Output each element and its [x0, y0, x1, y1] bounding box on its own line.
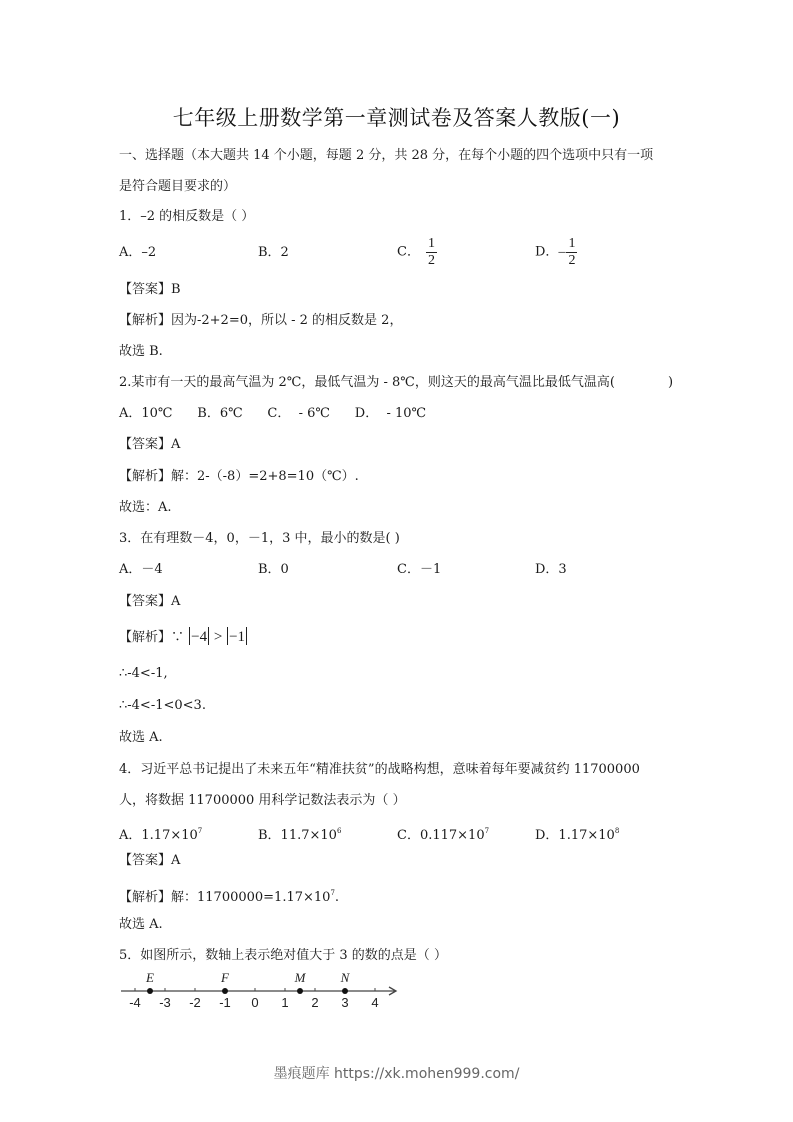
abs-left-value: −4 [191, 629, 207, 645]
tick-label: 3 [341, 995, 348, 1010]
point-label: N [340, 970, 351, 985]
point-f [222, 988, 228, 994]
q3-analysis: 【解析】∵ −4 > −1 [119, 627, 248, 647]
numerator: 1 [426, 236, 437, 253]
abs-bar [227, 627, 228, 645]
q2-analysis: 【解析】解：2-（-8）=2+8=10（℃）. [119, 468, 359, 486]
q3-option-b: B．0 [258, 561, 289, 579]
tick-label: -1 [219, 995, 231, 1010]
q1-option-b: B．2 [258, 244, 289, 262]
tick-label: -2 [189, 995, 201, 1010]
q3-step2: ∴-4<-1<0<3. [119, 697, 206, 715]
numerator: 1 [566, 236, 577, 253]
point-label: E [145, 970, 154, 985]
q4-option-c-base: C．0.117×10 [397, 828, 485, 843]
q3-option-d: D．3 [535, 561, 567, 579]
minus-sign: – [558, 245, 565, 260]
point-n [342, 988, 348, 994]
number-line-svg: -4-3-2-101234 EFMN [119, 968, 399, 1010]
q4-option-c: C．0.117×107 [397, 822, 489, 845]
point-label: F [220, 970, 230, 985]
fraction: 12 [426, 236, 437, 269]
q4-answer: 【答案】A [119, 852, 180, 870]
q4-option-a-base: A．1.17×10 [119, 828, 198, 843]
abs-bar [189, 627, 190, 645]
abs-bar [246, 627, 247, 645]
q1-conclusion: 故选 B. [119, 343, 163, 361]
section-heading-line2: 是符合题目要求的） [119, 178, 236, 196]
tick-label: -4 [129, 995, 141, 1010]
q1-stem: 1．–2 的相反数是（ ） [119, 208, 254, 226]
q3-conclusion: 故选 A. [119, 729, 163, 747]
number-line-figure: -4-3-2-101234 EFMN [119, 968, 399, 1014]
abs-expression: −4 > −1 [188, 629, 248, 645]
q5-stem: 5．如图所示，数轴上表示绝对值大于 3 的数的点是（ ） [119, 947, 447, 965]
denominator: 2 [428, 253, 435, 269]
point-m [297, 988, 303, 994]
tick-label: 4 [371, 995, 378, 1010]
q4-stem-line1: 4．习近平总书记提出了未来五年“精准扶贫”的战略构想，意味着每年要减贫约 117… [119, 761, 640, 779]
denominator: 2 [568, 253, 575, 269]
q3-analysis-prefix: 【解析】∵ [119, 630, 184, 645]
tick-label: 2 [311, 995, 318, 1010]
section-heading-line1: 一、选择题（本大题共 14 个小题，每题 2 分，共 28 分，在每个小题的四个… [119, 147, 653, 165]
exponent: 7 [198, 827, 202, 835]
q2-conclusion: 故选：A. [119, 499, 172, 517]
tick-label: 1 [281, 995, 288, 1010]
q4-option-d-base: D．1.17×10 [535, 828, 615, 843]
q4-option-a: A．1.17×107 [119, 822, 202, 845]
tick-label: -3 [159, 995, 171, 1010]
q3-option-a: A．－4 [119, 561, 163, 579]
q4-stem-line2: 人，将数据 11700000 用科学记数法表示为（ ） [119, 792, 406, 810]
exponent: 8 [615, 827, 619, 835]
q2-stem-close: ) [668, 374, 673, 392]
q1-option-a: A．–2 [119, 244, 156, 262]
q4-option-b-base: B．11.7×10 [258, 828, 337, 843]
q4-analysis-base: 【解析】解：11700000=1.17×10 [119, 890, 330, 905]
q3-step1: ∴-4<-1, [119, 665, 168, 683]
q2-answer: 【答案】A [119, 436, 180, 454]
q4-option-d: D．1.17×108 [535, 822, 619, 845]
page-title: 七年级上册数学第一章测试卷及答案人教版(一) [0, 102, 793, 132]
point-label: M [294, 970, 307, 985]
tick-label: 0 [251, 995, 258, 1010]
q2-stem: 2.某市有一天的最高气温为 2℃，最低气温为 - 8℃，则这天的最高气温比最低气… [119, 374, 615, 392]
q1-option-d-label: D． [535, 245, 558, 260]
q4-option-b: B．11.7×106 [258, 822, 341, 845]
fraction: 12 [566, 236, 577, 269]
greater-than: > [214, 629, 222, 645]
q1-analysis: 【解析】因为-2+2=0，所以 - 2 的相反数是 2， [119, 312, 402, 330]
point-e [147, 988, 153, 994]
footer-watermark: 墨痕题库 https://xk.mohen999.com/ [0, 1063, 793, 1083]
abs-bar [208, 627, 209, 645]
abs-right-value: −1 [229, 629, 245, 645]
q3-option-c: C．－1 [397, 561, 441, 579]
exponent: 7 [485, 827, 489, 835]
q1-option-d: D．–12 [535, 236, 577, 269]
q1-option-c-label: C． [397, 245, 420, 260]
q1-option-c: C．12 [397, 236, 437, 269]
q3-stem: 3．在有理数－4，0，－1，3 中，最小的数是( ) [119, 530, 400, 548]
period: . [335, 890, 339, 905]
q2-options: A．10℃ B．6℃ C． - 6℃ D． - 10℃ [119, 405, 426, 423]
q1-answer: 【答案】B [119, 281, 181, 299]
q4-analysis: 【解析】解：11700000=1.17×107. [119, 884, 339, 907]
exponent: 6 [337, 827, 341, 835]
q4-conclusion: 故选 A. [119, 916, 163, 934]
q3-answer: 【答案】A [119, 593, 180, 611]
